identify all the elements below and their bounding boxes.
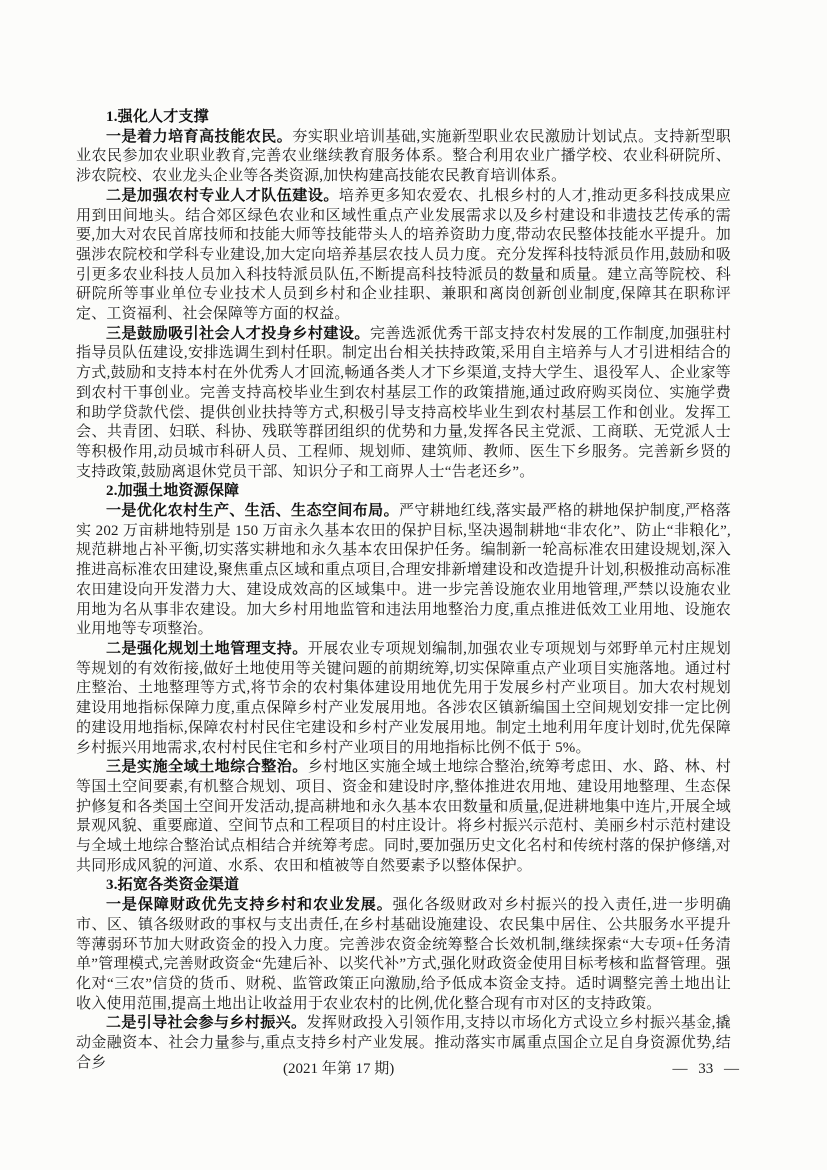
paragraph: 一是优化农村生产、生活、生态空间布局。严守耕地红线,落实最严格的耕地保护制度,严… bbox=[76, 502, 731, 640]
paragraph: 二是强化规划土地管理支持。开展农业专项规划编制,加强农业专项规划与郊野单元村庄规… bbox=[76, 640, 731, 758]
paragraph: 二是加强农村专业人才队伍建设。培养更多知农爱农、扎根乡村的人才,推动更多科技成果… bbox=[76, 187, 731, 325]
journal-issue-label: (2021 年第 17 期) bbox=[283, 1059, 394, 1079]
page-footer: (2021 年第 17 期) — 33 — bbox=[0, 1059, 827, 1081]
section-heading-text: 2.加强土地资源保障 bbox=[106, 483, 239, 499]
paragraph-lead: 一是着力培育高技能农民。 bbox=[106, 129, 292, 145]
paragraph-text: 严守耕地红线,落实最严格的耕地保护制度,严格落实 202 万亩耕地特别是 150… bbox=[76, 503, 731, 637]
paragraph-lead: 一是保障财政优先支持乡村和农业发展。 bbox=[106, 897, 393, 913]
section-heading-funding-channels: 3.拓宽各类资金渠道 bbox=[76, 876, 731, 896]
page-number: — 33 — bbox=[673, 1059, 740, 1079]
paragraph: 一是着力培育高技能农民。夯实职业培训基础,实施新型职业农民激励计划试点。支持新型… bbox=[76, 128, 731, 187]
paragraph-lead: 二是引导社会参与乡村振兴。 bbox=[106, 1015, 306, 1031]
section-heading-text: 3.拓宽各类资金渠道 bbox=[106, 877, 239, 893]
article-body: 1.强化人才支撑 一是着力培育高技能农民。夯实职业培训基础,实施新型职业农民激励… bbox=[76, 108, 731, 1073]
paragraph-text: 完善选派优秀干部支持农村发展的工作制度,加强驻村指导员队伍建设,安排选调生到村任… bbox=[76, 326, 731, 480]
paragraph-lead: 三是实施全域土地综合整治。 bbox=[106, 759, 308, 775]
section-heading-land-resources: 2.加强土地资源保障 bbox=[76, 482, 731, 502]
paragraph-lead: 一是优化农村生产、生活、生态空间布局。 bbox=[106, 503, 399, 519]
paragraph-text: 乡村地区实施全域土地综合整治,统筹考虑田、水、路、林、村等国土空间要素,有机整合… bbox=[76, 759, 731, 874]
section-heading-talent-support: 1.强化人才支撑 bbox=[76, 108, 731, 128]
paragraph: 一是保障财政优先支持乡村和农业发展。强化各级财政对乡村振兴的投入责任,进一步明确… bbox=[76, 896, 731, 1014]
section-heading-text: 1.强化人才支撑 bbox=[106, 109, 209, 125]
paragraph-lead: 三是鼓励吸引社会人才投身乡村建设。 bbox=[106, 326, 370, 342]
document-page: 1.强化人才支撑 一是着力培育高技能农民。夯实职业培训基础,实施新型职业农民激励… bbox=[0, 0, 827, 1170]
paragraph-text: 开展农业专项规划编制,加强农业专项规划与郊野单元村庄规划等规划的有效衔接,做好土… bbox=[76, 641, 731, 756]
paragraph: 三是鼓励吸引社会人才投身乡村建设。完善选派优秀干部支持农村发展的工作制度,加强驻… bbox=[76, 325, 731, 483]
paragraph-lead: 二是加强农村专业人才队伍建设。 bbox=[106, 188, 339, 204]
paragraph: 三是实施全域土地综合整治。乡村地区实施全域土地综合整治,统筹考虑田、水、路、林、… bbox=[76, 758, 731, 876]
paragraph-text: 强化各级财政对乡村振兴的投入责任,进一步明确市、区、镇各级财政的事权与支出责任,… bbox=[76, 897, 731, 1012]
paragraph-lead: 二是强化规划土地管理支持。 bbox=[106, 641, 308, 657]
paragraph-text: 培养更多知农爱农、扎根乡村的人才,推动更多科技成果应用到田间地头。结合郊区绿色农… bbox=[76, 188, 731, 322]
